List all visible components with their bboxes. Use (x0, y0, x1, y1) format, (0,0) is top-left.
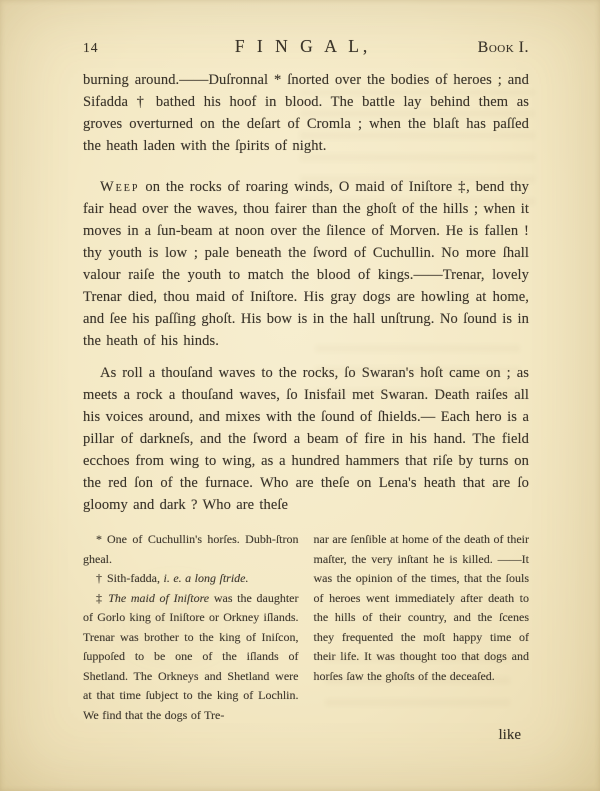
paragraph-text: burning around.——Duſronnal * ſnorted ove… (83, 72, 529, 154)
paragraph-text: As roll a thouſand waves to the rocks, ſ… (83, 365, 529, 513)
book-chapter-label: Book I. (478, 39, 529, 57)
footnote-dusronnal: *One of Cuchullin's horſes. Dubh-ſtron g… (83, 530, 299, 569)
footnote-italic-text: i. e. a long ſtride. (164, 571, 249, 585)
paragraph-burning-around: burning around.——Duſronnal * ſnorted ove… (83, 69, 529, 157)
paragraph-text: on the rocks of roaring winds, O maid of… (83, 179, 529, 349)
footnotes-right-column: nar are ſenſible at home of the death of… (314, 530, 530, 725)
paragraph-lead-word: Weep (100, 179, 139, 195)
footnote-text: was the daughter of Gorlo king of Iniſto… (83, 591, 299, 722)
footnote-text: Sith-fadda, (107, 571, 164, 585)
footnote-text: One of Cuchullin's horſes. Dubh-ſtron gh… (83, 532, 299, 566)
paragraph-weep: Weep on the rocks of roaring winds, O ma… (83, 176, 529, 352)
catchword: like (499, 727, 522, 743)
body-text: burning around.——Duſronnal * ſnorted ove… (83, 69, 529, 516)
footnotes-left-column: *One of Cuchullin's horſes. Dubh-ſtron g… (83, 530, 299, 725)
footnote-italic-text: The maid of Iniſtore (108, 591, 209, 605)
paragraph-as-roll: As roll a thouſand waves to the rocks, ſ… (83, 362, 529, 516)
double-dagger-marker: ‡ (96, 591, 103, 605)
catchword-row: like (83, 727, 529, 744)
dagger-marker: † (96, 571, 102, 585)
footnotes: *One of Cuchullin's horſes. Dubh-ſtron g… (83, 530, 529, 725)
running-title: F I N G A L, (235, 36, 371, 57)
page-header: 14 F I N G A L, Book I. (83, 36, 529, 57)
asterisk-marker: * (96, 532, 102, 546)
book-page: 14 F I N G A L, Book I. burning around.—… (0, 0, 600, 791)
footnote-maid-of-inistore: ‡The maid of Iniſtore was the daughter o… (83, 589, 299, 726)
footnote-text: nar are ſenſible at home of the death of… (314, 532, 530, 683)
page-number: 14 (83, 40, 99, 56)
footnote-continuation: nar are ſenſible at home of the death of… (314, 530, 530, 686)
footnote-sith-fadda: †Sith-fadda, i. e. a long ſtride. (83, 569, 299, 589)
